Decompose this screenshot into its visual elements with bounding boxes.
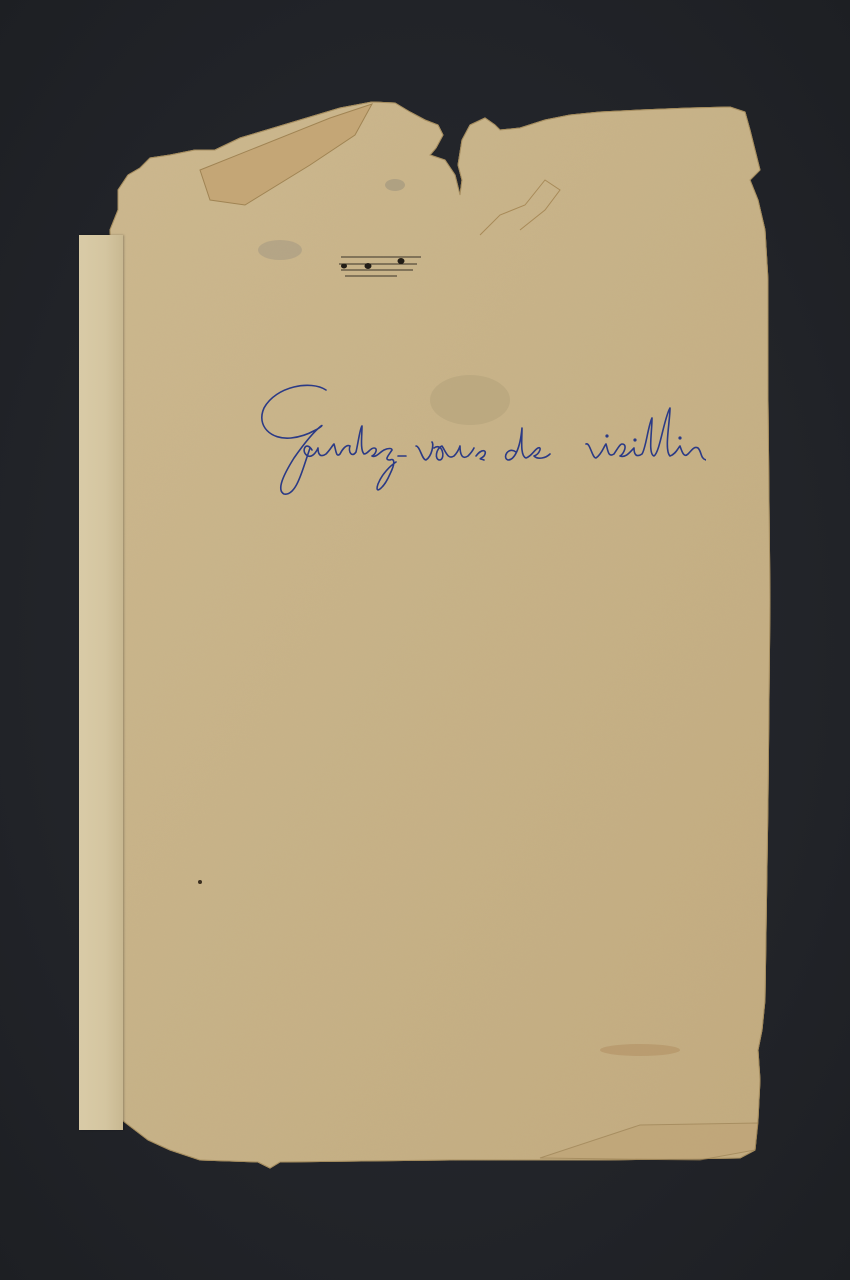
music-staff-fragment	[335, 248, 425, 280]
handwritten-title: Gardez- vous de vieillir	[256, 378, 706, 508]
paper-sheet	[0, 0, 850, 1280]
document-page: Gardez- vous de vieillir	[0, 0, 850, 1280]
binding-strip	[79, 235, 123, 1130]
